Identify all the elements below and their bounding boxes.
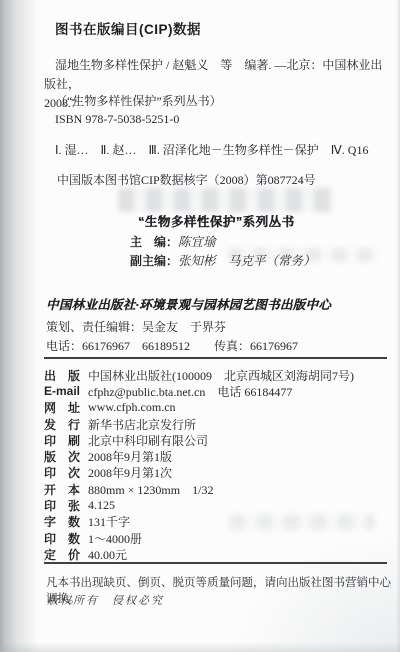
scan-bottom-edge-shadow <box>0 642 400 652</box>
isbn-number: ISBN 978-7-5038-5251-0 <box>55 111 385 129</box>
planning-editors-line: 策划、责任编辑：吴金友 于界芬 <box>46 318 226 335</box>
pub-label: 印 张 <box>44 497 88 514</box>
deputy-editor-line: 副主编：张知彬 马克平（常务） <box>130 252 316 272</box>
copyright-notice: 版权所有 侵权必究 <box>47 592 164 608</box>
book-copyright-page: 图书在版编目(CIP)数据 湿地生物多样性保护 / 赵魁义 等 编著. —北京：… <box>0 0 400 652</box>
chief-editor-label: 主 编： <box>130 235 178 249</box>
pub-label: 发 行 <box>44 416 88 433</box>
pub-row-publisher: 出 版 中国林业出版社(100009 北京西城区刘海胡同7号) <box>44 367 389 383</box>
pub-value: 2008年9月第1版 <box>88 448 172 465</box>
publisher-center-name: 中国林业出版社·环境景观与园林园艺图书出版中心 <box>46 295 331 313</box>
pub-label: 字 数 <box>44 513 88 530</box>
pub-row-wordcount: 字 数 131千字 <box>44 514 389 530</box>
pub-label: 网 址 <box>44 399 88 416</box>
series-editors-block: “生物多样性保护”系列丛书 主 编：陈宜瑜 副主编：张知彬 马克平（常务） <box>130 213 316 272</box>
cip-classification: Ⅰ. 湿… Ⅱ. 赵… Ⅲ. 沼泽化地－生物多样性－保护 Ⅳ. Q16 <box>55 141 368 158</box>
pub-value: www.cfph.com.cn <box>88 400 176 415</box>
chief-editor-line: 主 编：陈宜瑜 <box>130 233 316 253</box>
chief-editor-name: 陈宜瑜 <box>178 235 216 249</box>
deputy-editor-names: 张知彬 马克平（常务） <box>178 254 316 268</box>
pub-value: 新华书店北京发行所 <box>88 416 196 433</box>
pub-value: 北京中科印刷有限公司 <box>88 432 208 449</box>
pub-label: 印 次 <box>44 464 88 481</box>
phone-fax-line: 电话：66176967 66189512 传真：66176967 <box>46 337 298 354</box>
pub-row-impression: 印 次 2008年9月第1次 <box>44 465 389 481</box>
pub-value: 131千字 <box>88 513 130 530</box>
pub-row-sheets: 印 张 4.125 <box>44 497 389 513</box>
pub-label: 版 次 <box>44 448 88 465</box>
series-title: “生物多样性保护”系列丛书 <box>130 213 316 233</box>
pub-label: E-mail <box>44 384 88 398</box>
pub-row-price: 定 价 40.00元 <box>44 546 389 562</box>
pub-row-printrun: 印 数 1～4000册 <box>44 530 389 546</box>
series-note: （“生物多样性保护”系列丛书） <box>55 93 385 111</box>
pub-value: 1～4000册 <box>88 530 142 547</box>
scan-left-edge-shadow <box>0 0 38 652</box>
pub-value: 4.125 <box>88 498 115 513</box>
pub-label: 印 刷 <box>44 432 88 449</box>
cip-heading: 图书在版编目(CIP)数据 <box>55 18 201 38</box>
cip-record-number: 中国版本图书馆CIP数据核字（2008）第087724号 <box>57 171 316 188</box>
divider-rule-bottom <box>44 562 387 564</box>
pub-row-format: 开 本 880mm × 1230mm 1/32 <box>44 481 389 497</box>
divider-rule-top <box>44 357 387 359</box>
cip-series-isbn: （“生物多样性保护”系列丛书） ISBN 978-7-5038-5251-0 <box>55 93 385 128</box>
pub-row-printing: 印 刷 北京中科印刷有限公司 <box>44 432 389 448</box>
pub-value: 880mm × 1230mm 1/32 <box>88 481 213 498</box>
publication-details: 出 版 中国林业出版社(100009 北京西城区刘海胡同7号) E-mail c… <box>44 367 389 563</box>
pub-value: 2008年9月第1次 <box>88 464 172 481</box>
pub-row-edition: 版 次 2008年9月第1版 <box>44 448 389 464</box>
scan-right-edge-shadow <box>396 0 400 652</box>
pub-label: 出 版 <box>44 367 88 384</box>
pub-label: 定 价 <box>44 546 88 563</box>
pub-row-website: 网 址 www.cfph.com.cn <box>44 400 389 416</box>
pub-value: cfphz@public.bta.net.cn 电话 66184477 <box>88 383 292 400</box>
pub-label: 开 本 <box>44 481 88 498</box>
pub-row-distribution: 发 行 新华书店北京发行所 <box>44 416 389 432</box>
pub-value: 40.00元 <box>88 546 127 563</box>
deputy-editor-label: 副主编： <box>130 254 178 268</box>
pub-row-email: E-mail cfphz@public.bta.net.cn 电话 661844… <box>44 383 389 399</box>
pub-label: 印 数 <box>44 530 88 547</box>
cip-entry-text: 湿地生物多样性保护 / 赵魁义 等 编著. —北京：中国林业出版社， <box>44 58 382 91</box>
pub-value: 中国林业出版社(100009 北京西城区刘海胡同7号) <box>88 367 354 384</box>
bleed-through-artifact <box>118 188 333 212</box>
